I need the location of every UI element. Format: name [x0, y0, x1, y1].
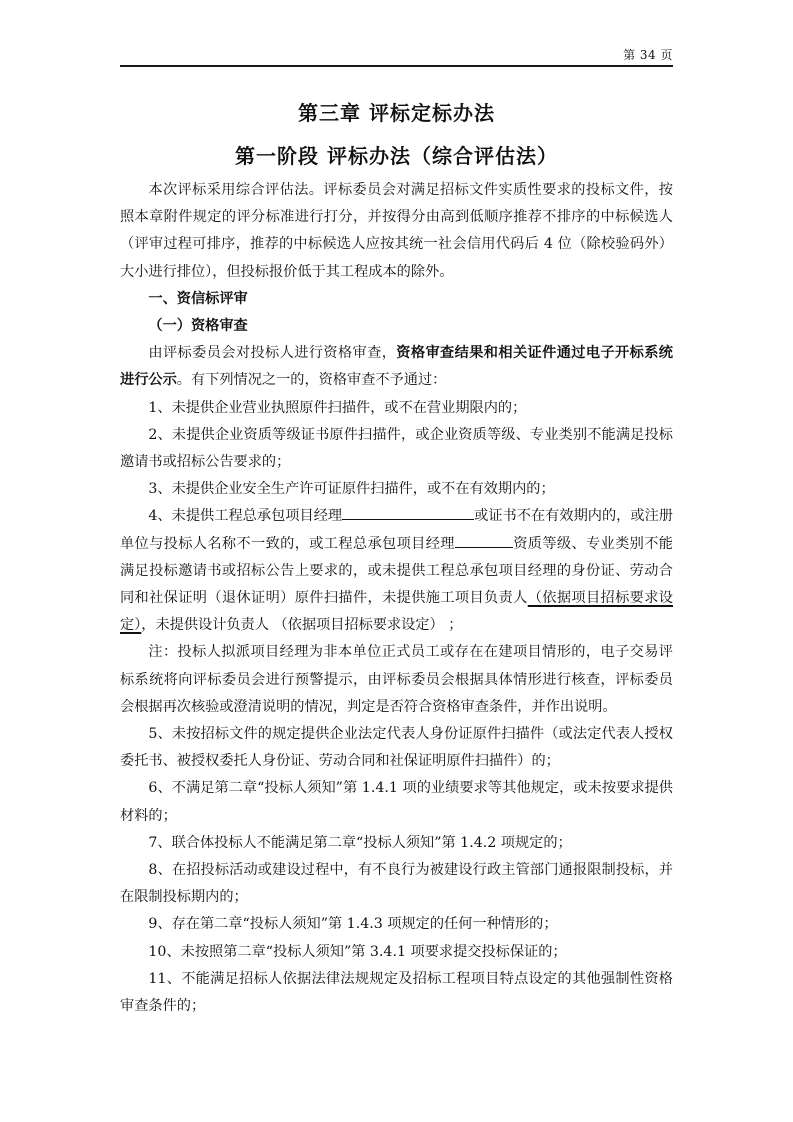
sub-heading: （一）资格审查: [120, 313, 673, 340]
intro-paragraph: 本次评标采用综合评估法。评标委员会对满足招标文件实质性要求的投标文件，按照本章附…: [120, 177, 673, 286]
criteria-item-3: 3、未提供企业安全生产许可证原件扫描件，或不在有效期内的；: [120, 476, 673, 503]
stage-title: 第一阶段 评标办法（综合评估法）: [0, 140, 793, 169]
criteria-item-7: 7、联合体投标人不能满足第二章“投标人须知”第 1.4.2 项规定的；: [120, 830, 673, 857]
criteria-item-8: 8、在招投标活动或建设过程中，有不良行为被建设行政主管部门通报限制投标，并在限制…: [120, 857, 673, 911]
criteria-item-9: 9、存在第二章“投标人须知”第 1.4.3 项规定的任何一种情形的；: [120, 911, 673, 938]
criteria-item-6: 6、不满足第二章“投标人须知”第 1.4.1 项的业绩要求等其他规定，或未按要求…: [120, 775, 673, 829]
page-header: 第 34 页: [120, 44, 673, 67]
chapter-title: 第三章 评标定标办法: [0, 97, 793, 126]
criteria-item-10: 10、未按照第二章“投标人须知”第 3.4.1 项要求提交投标保证的；: [120, 939, 673, 966]
criteria-item-1: 1、未提供企业营业执照原件扫描件，或不在营业期限内的；: [120, 395, 673, 422]
qualification-lead-paragraph: 由评标委员会对投标人进行资格审查，资格审查结果和相关证件通过电子开标系统进行公示…: [120, 340, 673, 394]
document-body: 本次评标采用综合评估法。评标委员会对满足招标文件实质性要求的投标文件，按照本章附…: [120, 177, 673, 1020]
criteria-item-4: 4、未提供工程总承包项目经理或证书不在有效期内的，或注册单位与投标人名称不一致的…: [120, 503, 673, 639]
blank-field-1: [342, 505, 474, 520]
item4-text-a: 4、未提供工程总承包项目经理: [148, 508, 342, 524]
criteria-item-2: 2、未提供企业资质等级证书原件扫描件，或企业资质等级、专业类别不能满足投标邀请书…: [120, 422, 673, 476]
criteria-item-5: 5、未按招标文件的规定提供企业法定代表人身份证原件扫描件（或法定代表人授权委托书…: [120, 721, 673, 775]
note-paragraph: 注：投标人拟派项目经理为非本单位正式员工或存在在建项目情形的，电子交易评标系统将…: [120, 639, 673, 721]
item4-text-e: ，未提供设计负责人 （依据项目招标要求设定） ；: [141, 617, 462, 633]
page-number: 第 34 页: [623, 46, 673, 63]
lead-tail-text: 。有下列情况之一的，资格审查不予通过：: [177, 372, 447, 388]
criteria-item-11: 11、不能满足招标人依据法律法规规定及招标工程项目特点设定的其他强制性资格审查条…: [120, 966, 673, 1020]
section-heading: 一、资信标评审: [120, 286, 673, 313]
blank-field-2: [455, 532, 513, 547]
lead-normal-text: 由评标委员会对投标人进行资格审查，: [148, 345, 396, 361]
